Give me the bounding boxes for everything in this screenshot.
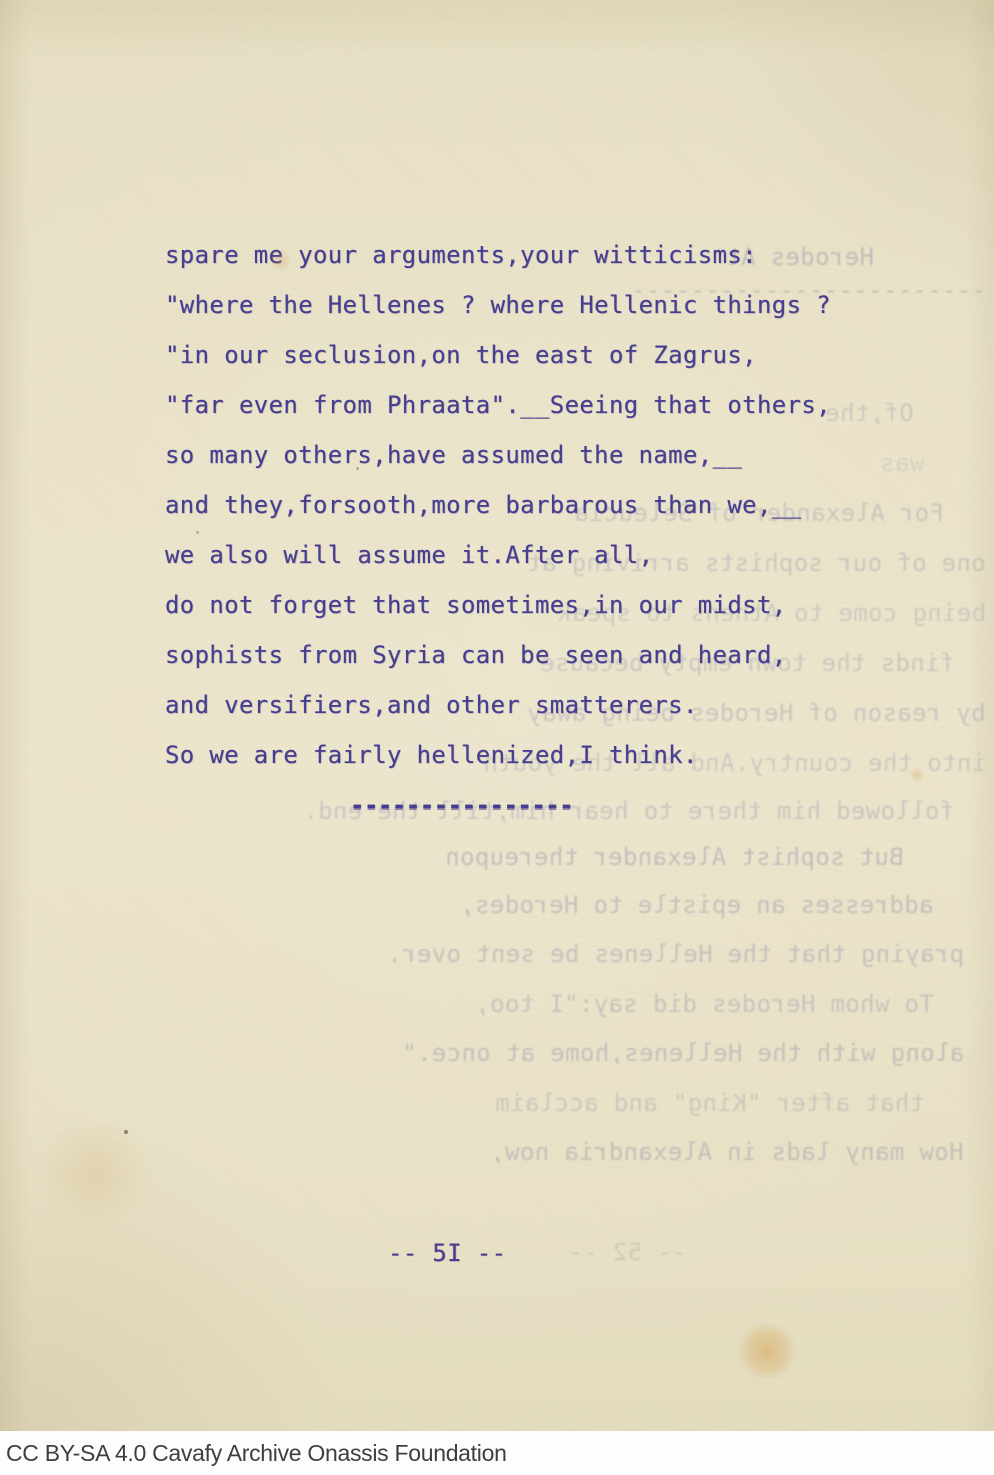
paper-speck	[356, 467, 359, 470]
paper-speck	[196, 531, 199, 534]
attribution-bar: CC BY-SA 4.0 Cavafy Archive Onassis Foun…	[0, 1431, 994, 1475]
poem-line: so many others,have assumed the name,__	[165, 430, 965, 480]
poem-line: So we are fairly hellenized,I think.	[165, 730, 965, 780]
license-attribution-text: CC BY-SA 4.0 Cavafy Archive Onassis Foun…	[6, 1440, 507, 1467]
poem-line: "far even from Phraata".__Seeing that ot…	[165, 380, 965, 430]
paper-speck	[124, 1130, 128, 1134]
poem-line: do not forget that sometimes,in our mids…	[165, 580, 965, 630]
poem-line: "where the Hellenes ? where Hellenic thi…	[165, 280, 965, 330]
page-number: -- 5I --	[388, 1228, 506, 1278]
poem-line: we also will assume it.After all,	[165, 530, 965, 580]
poem-line: sophists from Syria can be seen and hear…	[165, 630, 965, 680]
poem-line: and they,forsooth,more barbarous than we…	[165, 480, 965, 530]
poem-line: and versifiers,and other smatterers.	[165, 680, 965, 730]
typed-separator-dashes: ----------------	[350, 780, 573, 830]
poem-line: spare me your arguments,your witticisms:	[165, 230, 965, 280]
scanned-document-page: Herodes At------------------------Of,the…	[0, 0, 994, 1475]
poem-text: spare me your arguments,your witticisms:…	[165, 230, 965, 780]
poem-line: "in our seclusion,on the east of Zagrus,	[165, 330, 965, 380]
